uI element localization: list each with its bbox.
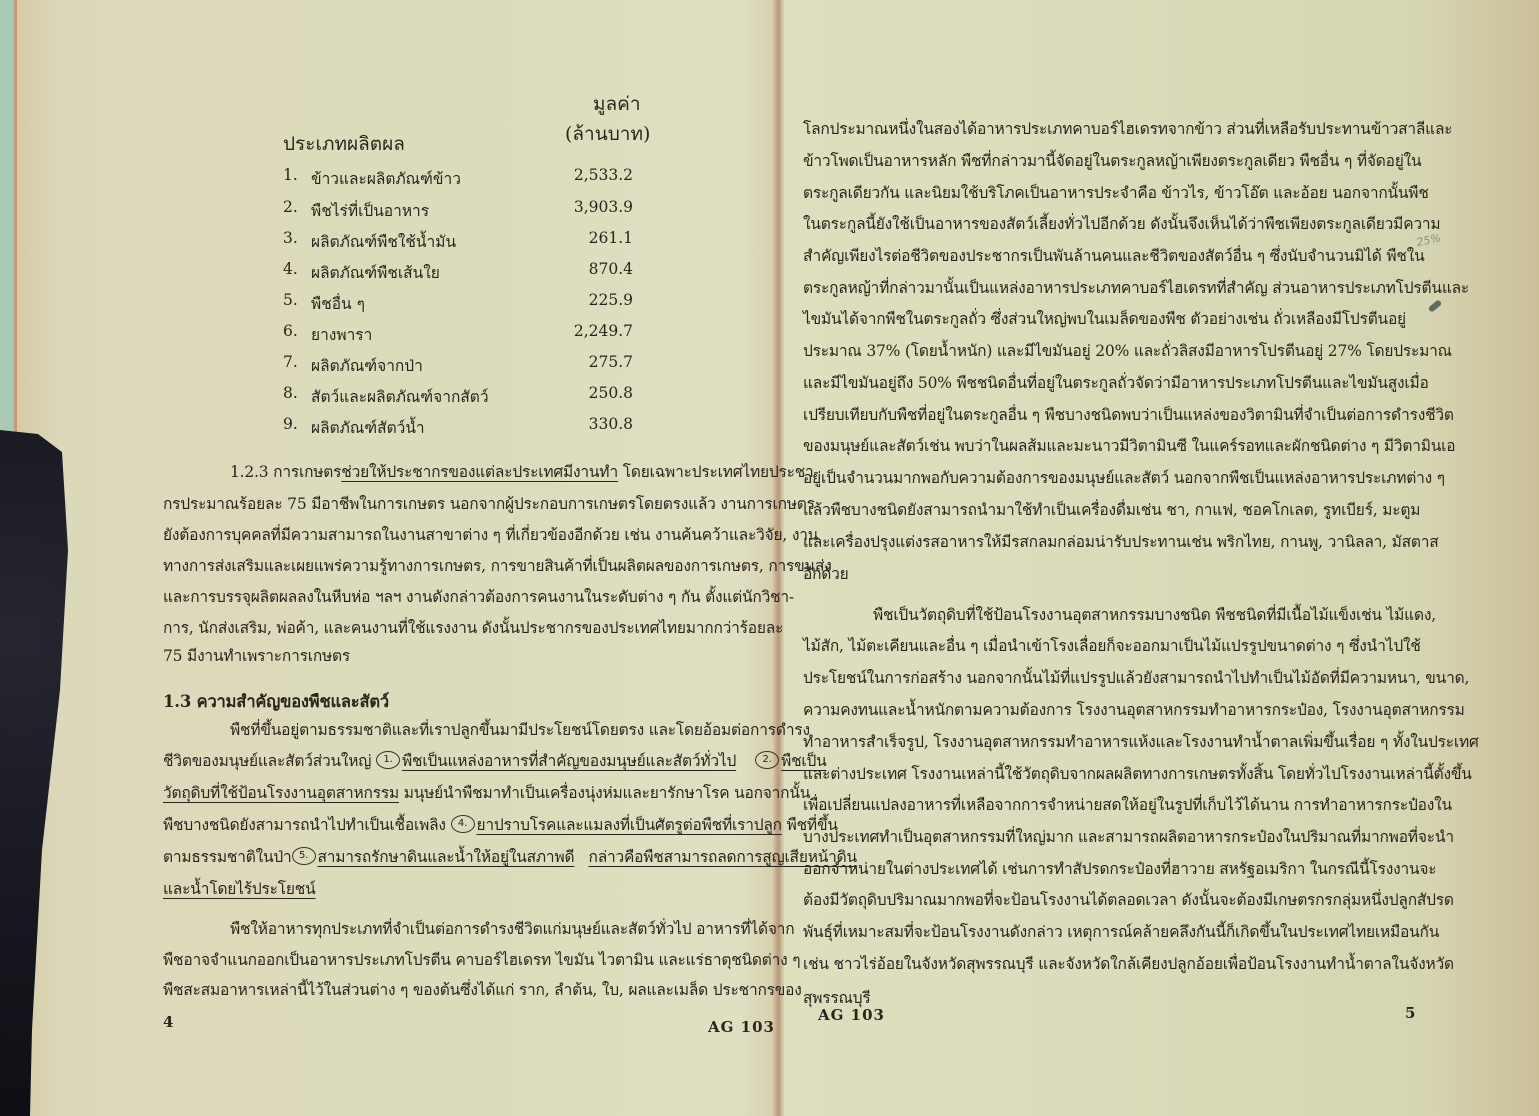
book-spread: มูลค่า (ล้านบาท) ประเภทผลิตผล 1. ข้าวและ…	[0, 0, 1539, 1116]
row-number: 3.	[283, 229, 298, 247]
row-number: 5.	[283, 291, 298, 309]
paragraph-line: พืชให้อาหารทุกประเภทที่จำเป็นต่อการดำรงช…	[230, 916, 794, 941]
course-code-left: AG 103	[708, 1020, 775, 1035]
table-header-category: ประเภทผลิตผล	[283, 135, 405, 154]
paragraph-line: อยู่เป็นจำนวนมากพอกับความต้องการของมนุษย…	[803, 465, 1445, 490]
row-value: 261.1	[589, 229, 633, 247]
text-span: ชีวิตของมนุษย์และสัตว์ส่วนใหญ่	[163, 752, 376, 770]
underlined-phrase: พืชเป็นแหล่งอาหารที่สำคัญของมนุษย์และสัต…	[402, 752, 736, 770]
paragraph-line: พืชบางชนิดยังสามารถนำไปทำเป็นเชื้อเพลิง …	[163, 812, 838, 837]
paragraph-line: ตระกูลเดียวกัน และนิยมใช้บริโภคเป็นอาหาร…	[803, 180, 1429, 205]
table-row: 8. สัตว์และผลิตภัณฑ์จากสัตว์ 250.8	[283, 384, 633, 406]
row-number: 8.	[283, 384, 298, 402]
page-number-left: 4	[163, 1015, 173, 1030]
row-category: ผลิตภัณฑ์พืชเส้นใย	[311, 260, 440, 285]
underlined-phrase: สามารถรักษาดินและน้ำให้อยู่ในสภาพดี	[318, 848, 575, 866]
paragraph-line: โลกประมาณหนึ่งในสองได้อาหารประเภทคาบอร์ไ…	[803, 116, 1452, 141]
paragraph-line: เช่น ชาวไร่อ้อยในจังหวัดสุพรรณบุรี และจั…	[803, 951, 1454, 976]
table-header-value-line2: (ล้านบาท)	[565, 125, 650, 144]
paragraph-line: ความคงทนและน้ำหนักตามความต้องการ โรงงานอ…	[803, 697, 1465, 722]
row-value: 2,249.7	[574, 322, 633, 340]
section-heading: 1.3 ความสำคัญของพืชและสัตว์	[163, 689, 389, 715]
text-span: มนุษย์นำพืชมาทำเป็นเครื่องนุ่งห่มและยารั…	[399, 784, 810, 802]
row-value: 225.9	[589, 291, 633, 309]
handwritten-circle-mark: 1.	[376, 751, 400, 769]
text-span: โดยเฉพาะประเทศไทยประชา-	[618, 463, 819, 481]
row-number: 7.	[283, 353, 298, 371]
paragraph-line: ตระกูลหญ้าที่กล่าวมานั้นเป็นแหล่งอาหารปร…	[803, 275, 1469, 300]
row-value: 250.8	[589, 384, 633, 402]
paragraph-line: ในตระกูลนี้ยังใช้เป็นอาหารของสัตว์เลี้ยง…	[803, 211, 1440, 236]
paragraph-line: ไขมันได้จากพืชในตระกูลถั่ว ซึ่งส่วนใหญ่พ…	[803, 306, 1406, 331]
row-category: ผลิตภัณฑ์จากป่า	[311, 353, 423, 378]
row-value: 275.7	[589, 353, 633, 371]
row-value: 330.8	[589, 415, 633, 433]
paragraph-line: สำคัญเพียงไรต่อชีวิตของประชากรเป็นพันล้า…	[803, 243, 1425, 268]
underlined-phrase: วัตถุดิบที่ใช้ป้อนโรงงานอุตสาหกรรม	[163, 784, 399, 802]
row-number: 1.	[283, 166, 298, 184]
row-category: พืชอื่น ๆ	[311, 291, 365, 316]
paragraph-line: และการบรรจุผลิตผลลงในหีบห่อ ฯลฯ งานดังกล…	[163, 584, 794, 609]
row-category: ผลิตภัณฑ์พืชใช้น้ำมัน	[311, 229, 456, 254]
row-category: ข้าวและผลิตภัณฑ์ข้าว	[311, 166, 461, 191]
table-header-value-line1: มูลค่า	[593, 95, 641, 114]
paragraph-line: ต้องมีวัตถุดิบปริมาณมากพอที่จะป้อนโรงงาน…	[803, 887, 1454, 912]
paragraph-line: พืชเป็นวัตถุดิบที่ใช้ป้อนโรงงานอุตสาหกรร…	[873, 602, 1436, 627]
paragraph-line: ทางการส่งเสริมและเผยแพร่ความรู้ทางการเกษ…	[163, 553, 832, 578]
paragraph-line: ของมนุษย์และสัตว์เช่น พบว่าในผลส้มและมะน…	[803, 433, 1455, 458]
text-span: พืชบางชนิดยังสามารถนำไปทำเป็นเชื้อเพลิง	[163, 816, 451, 834]
table-row: 9. ผลิตภัณฑ์สัตว์น้ำ 330.8	[283, 415, 633, 437]
table-row: 4. ผลิตภัณฑ์พืชเส้นใย 870.4	[283, 260, 633, 282]
text-span: ตามธรรมชาติในป่า	[163, 848, 292, 866]
paragraph-line: ประโยชน์ในการก่อสร้าง นอกจากนั้นไม้ที่แป…	[803, 665, 1469, 690]
row-value: 870.4	[589, 260, 633, 278]
paragraph-line: และมีไขมันอยู่ถึง 50% พืชชนิดอื่นที่อยู่…	[803, 370, 1429, 395]
course-code-right: AG 103	[818, 1008, 885, 1023]
paragraph-line: และต่างประเทศ โรงงานเหล่านี้ใช้วัตถุดิบจ…	[803, 761, 1472, 786]
paragraph-line: และเครื่องปรุงแต่งรสอาหารให้มีรสกลมกล่อม…	[803, 529, 1439, 554]
table-row: 1. ข้าวและผลิตภัณฑ์ข้าว 2,533.2	[283, 166, 633, 188]
paragraph-line: ยังต้องการบุคคลที่มีความสามารถในงานสาขาต…	[163, 522, 818, 547]
table-row: 6. ยางพารา 2,249.7	[283, 322, 633, 344]
underlined-phrase: และน้ำโดยไร้ประโยชน์	[163, 880, 316, 898]
paragraph-line: ทำอาหารสำเร็จรูป, โรงงานอุตสาหกรรมทำอาหา…	[803, 729, 1479, 754]
row-number: 4.	[283, 260, 298, 278]
paragraph-line: และน้ำโดยไร้ประโยชน์	[163, 876, 316, 901]
row-number: 2.	[283, 198, 298, 216]
row-number: 9.	[283, 415, 298, 433]
paragraph-line: อีกด้วย	[803, 561, 849, 586]
table-row: 5. พืชอื่น ๆ 225.9	[283, 291, 633, 313]
paragraph-line: เพื่อเปลี่ยนแปลงอาหารที่เหลือจากการจำหน่…	[803, 792, 1452, 817]
underlined-phrase: ยาปราบโรคและแมลงที่เป็นศัตรูต่อพืชที่เรา…	[477, 816, 782, 834]
paragraph-line: แล้วพืชบางชนิดยังสามารถนำมาใช้ทำเป็นเครื…	[803, 497, 1420, 522]
paragraph-line: ชีวิตของมนุษย์และสัตว์ส่วนใหญ่ 1.พืชเป็น…	[163, 748, 827, 773]
paragraph-line: วัตถุดิบที่ใช้ป้อนโรงงานอุตสาหกรรม มนุษย…	[163, 780, 810, 805]
paragraph-line: พืชอาจจำแนกออกเป็นอาหารประเภทโปรตีน คาบอ…	[163, 947, 800, 972]
table-row: 3. ผลิตภัณฑ์พืชใช้น้ำมัน 261.1	[283, 229, 633, 251]
table-row: 2. พืชไร่ที่เป็นอาหาร 3,903.9	[283, 198, 633, 220]
row-category: ยางพารา	[311, 322, 372, 347]
paragraph-line: ประมาณ 37% (โดยน้ำหนัก) และมีไขมันอยู่ 2…	[803, 338, 1452, 363]
paragraph-line: การ, นักส่งเสริม, พ่อค้า, และคนงานที่ใช้…	[163, 615, 783, 640]
row-number: 6.	[283, 322, 298, 340]
row-value: 3,903.9	[574, 198, 633, 216]
paragraph-line: พืชสะสมอาหารเหล่านี้ไว้ในส่วนต่าง ๆ ของต…	[163, 977, 802, 1002]
page-number-right: 5	[1405, 1006, 1415, 1021]
paragraph-line: ออกจำหน่ายในต่างประเทศได้ เช่นการทำสัปรด…	[803, 856, 1436, 881]
paragraph-line: เปรียบเทียบกับพืชที่อยู่ในตระกูลอื่น ๆ พ…	[803, 402, 1454, 427]
handwritten-circle-mark: 5.	[292, 847, 316, 865]
paragraph-line: บางประเทศทำเป็นอุตสาหกรรมที่ใหญ่มาก และส…	[803, 824, 1454, 849]
row-category: ผลิตภัณฑ์สัตว์น้ำ	[311, 415, 425, 440]
paragraph-line: 1.2.3 การเกษตรช่วยให้ประชากรของแต่ละประเ…	[230, 459, 819, 484]
paragraph-line: พืชที่ขึ้นอยู่ตามธรรมชาติและที่เราปลูกขึ…	[230, 717, 810, 742]
underlined-phrase: ช่วยให้ประชากรของแต่ละประเทศมีงานทำ	[341, 463, 618, 481]
row-value: 2,533.2	[574, 166, 633, 184]
paragraph-line: ตามธรรมชาติในป่า5.สามารถรักษาดินและน้ำให…	[163, 844, 857, 869]
paragraph-line: ข้าวโพดเป็นอาหารหลัก พืชที่กล่าวมานี้จัด…	[803, 148, 1421, 173]
handwritten-circle-mark: 4.	[451, 815, 475, 833]
row-category: สัตว์และผลิตภัณฑ์จากสัตว์	[311, 384, 489, 409]
table-row: 7. ผลิตภัณฑ์จากป่า 275.7	[283, 353, 633, 375]
paragraph-line: 75 มีงานทำเพราะการเกษตร	[163, 643, 350, 668]
paragraph-line: ไม้สัก, ไม้ตะเคียนและอื่น ๆ เมื่อนำเข้าโ…	[803, 633, 1421, 658]
paragraph-line: พันธุ์ที่เหมาะสมที่จะป้อนโรงงานดังกล่าว …	[803, 919, 1439, 944]
row-category: พืชไร่ที่เป็นอาหาร	[311, 198, 429, 223]
handwritten-circle-mark: 2.	[755, 751, 779, 769]
section-number: 1.2.3 การเกษตร	[230, 463, 341, 481]
paragraph-line: กรประมาณร้อยละ 75 มีอาชีพในการเกษตร นอกจ…	[163, 491, 815, 516]
